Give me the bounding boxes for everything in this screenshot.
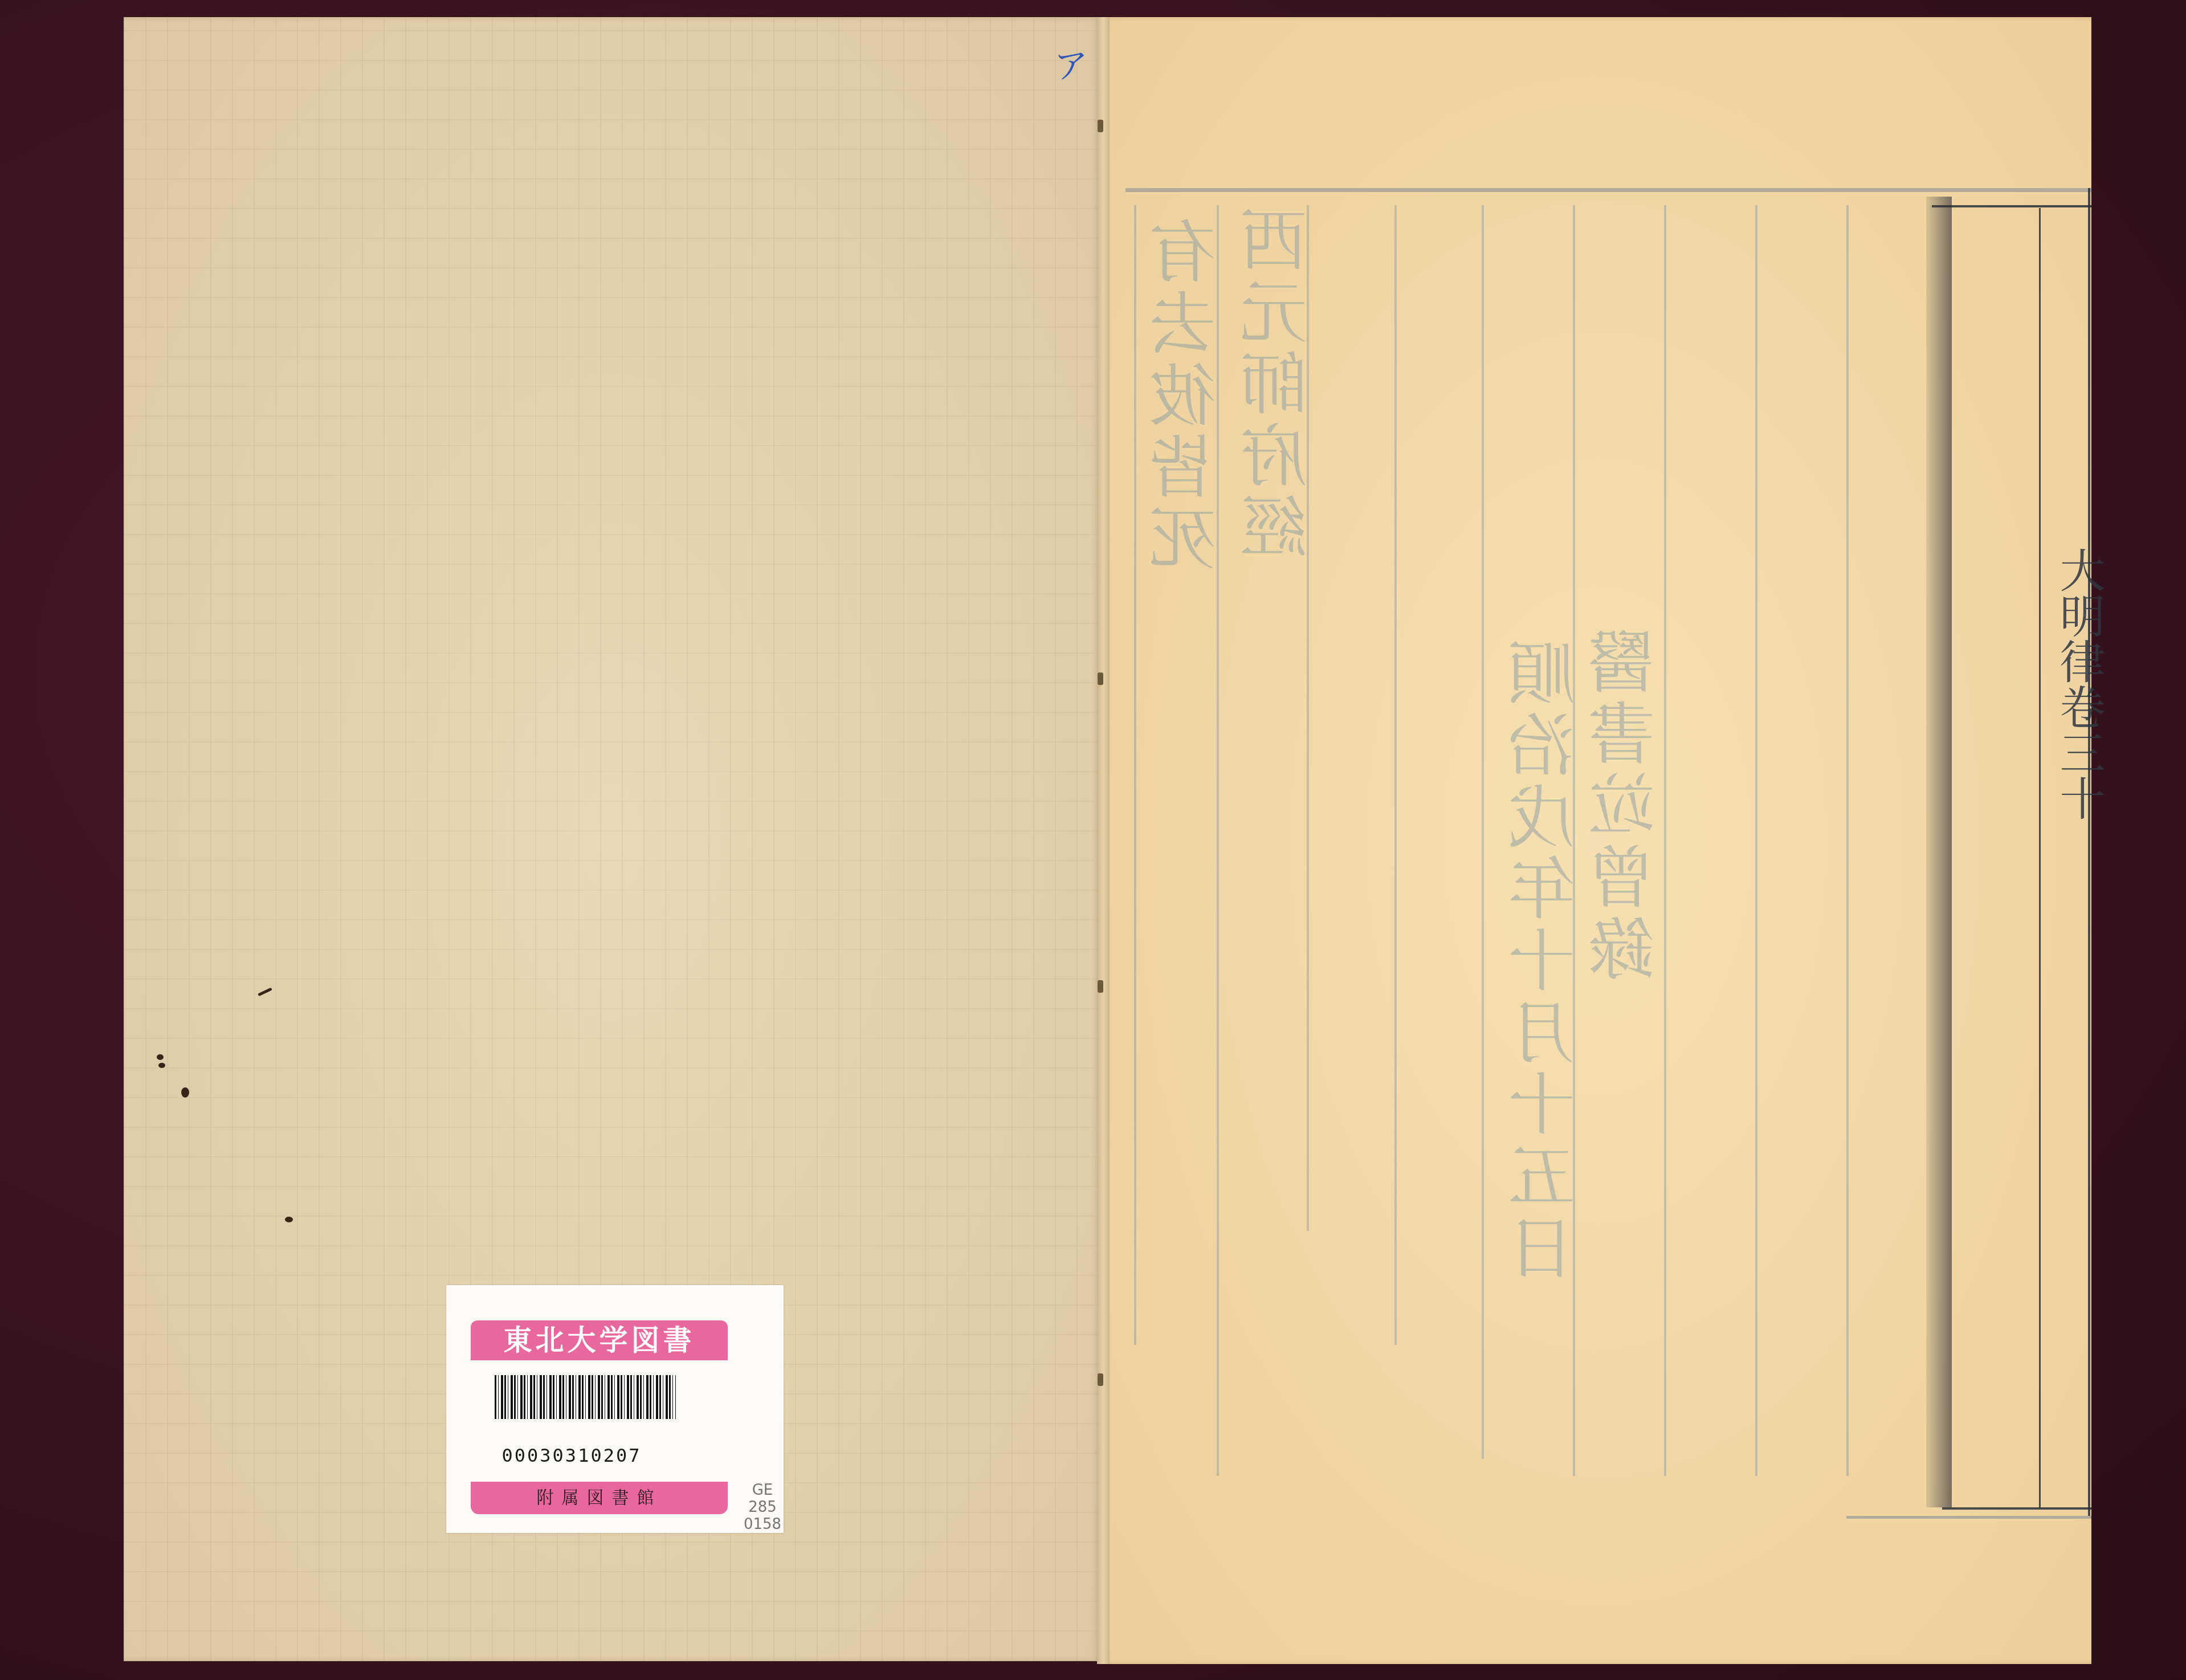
call-number-line: GE bbox=[740, 1482, 785, 1499]
worm-hole bbox=[157, 1054, 164, 1060]
worm-hole bbox=[285, 1217, 293, 1222]
call-number: GE 285 0158 bbox=[740, 1482, 785, 1533]
binding-stitch bbox=[1098, 1373, 1103, 1386]
library-label: 東北大学図書 00030310207 附属図書館 bbox=[446, 1285, 784, 1533]
binding-stitch bbox=[1098, 980, 1103, 993]
column-rule bbox=[1394, 205, 1397, 1345]
frame-top-inner bbox=[1932, 205, 2091, 207]
frame-top-outer bbox=[1125, 188, 2091, 192]
frame-bottom-outer bbox=[1846, 1516, 2091, 1519]
bleed-through-text: 有去彼皆死 bbox=[1140, 217, 1237, 576]
frame-right-outer bbox=[2088, 188, 2090, 1516]
pencil-mark: ア bbox=[1053, 38, 1090, 89]
call-number-line: 0158 bbox=[740, 1516, 785, 1533]
column-rule bbox=[1846, 205, 1849, 1476]
column-rule bbox=[1134, 205, 1136, 1345]
label-header: 東北大学図書 bbox=[471, 1320, 728, 1360]
edge-title-characters: 大明律卷三十 bbox=[2046, 547, 2111, 821]
column-rule bbox=[1482, 205, 1484, 1459]
ink-smudge-column bbox=[1926, 197, 1952, 1507]
call-number-line: 285 bbox=[740, 1499, 785, 1516]
book-spine bbox=[1097, 17, 1110, 1664]
worm-hole bbox=[158, 1063, 165, 1068]
bleed-through-text: 西元師府經 bbox=[1231, 205, 1328, 564]
binding-stitch bbox=[1098, 120, 1103, 132]
worm-hole bbox=[181, 1087, 189, 1098]
frame-right-inner bbox=[2039, 208, 2041, 1507]
barcode bbox=[495, 1375, 676, 1419]
column-rule bbox=[1755, 205, 1757, 1476]
binding-stitch bbox=[1098, 672, 1103, 685]
label-footer: 附属図書館 bbox=[471, 1482, 728, 1514]
barcode-number: 00030310207 bbox=[446, 1445, 697, 1466]
bleed-through-text: 順治戊年十月十五日 bbox=[1499, 638, 1596, 1285]
frame-bottom-inner bbox=[1942, 1507, 2091, 1510]
